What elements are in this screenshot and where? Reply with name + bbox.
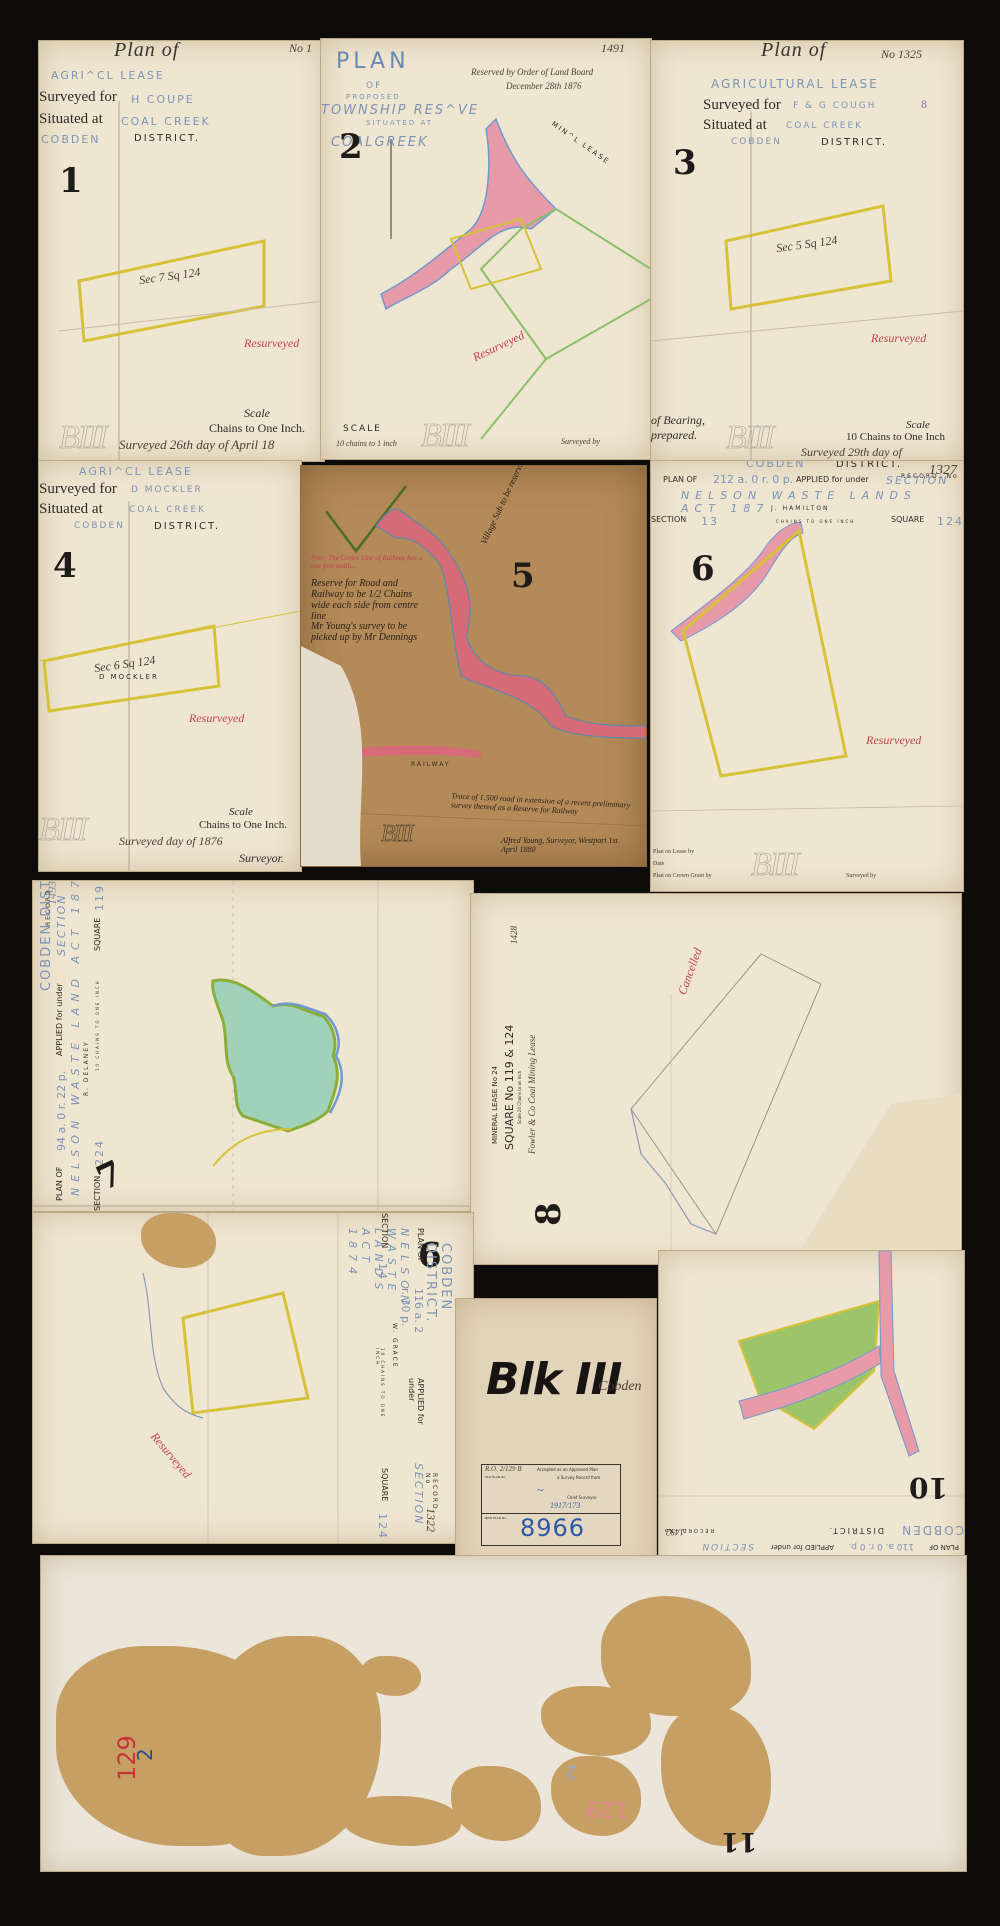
- monogram: BIII: [726, 419, 773, 457]
- square-number: 119: [93, 884, 106, 911]
- plan-heading: Plan of: [761, 40, 826, 62]
- surveyed-for-label: Surveyed for: [39, 89, 117, 106]
- situated-value: COAL CREEK: [786, 121, 863, 131]
- scale-text: 10 chains to 1 inch: [336, 439, 397, 448]
- lease-title: MINERAL LEASE No 24: [491, 1066, 499, 1144]
- plan-sheet-4: AGRI^CL LEASE Surveyed for D MOCKLER Sit…: [38, 460, 302, 872]
- plan-number: 3: [673, 143, 697, 183]
- resurveyed-note: Resurveyed: [866, 733, 921, 748]
- surveyed-for-label: Surveyed for: [39, 481, 117, 498]
- date-label: Date: [653, 861, 664, 867]
- record-number: No 1: [289, 41, 312, 56]
- plan-sheet-9: Resurveyed 9 COBDEN DISTRICT. PLAN OF 11…: [32, 1212, 474, 1544]
- surveyed-for-value: D MOCKLER: [131, 485, 203, 495]
- worn-patch: [661, 1706, 771, 1846]
- monogram: BIII: [421, 417, 468, 455]
- plan-sheet-10: 10 COBDEN DISTRICT. RECORD, No 1492 PLAN…: [658, 1250, 965, 1582]
- district-name: COBDEN: [746, 460, 806, 470]
- section-label: SECTION: [380, 1213, 389, 1248]
- square-number: 124: [937, 515, 964, 528]
- applied-label: APPLIED for under: [407, 1378, 425, 1426]
- plan-title: TOWNSHIP RES^VE: [321, 103, 479, 118]
- by-name: W. GRACE: [391, 1323, 398, 1369]
- by-label: J. HAMILTON: [771, 505, 830, 512]
- surveyed-by: Surveyed by: [846, 873, 876, 879]
- plan-heading: Plan of: [114, 40, 179, 62]
- record-number: No 1325: [881, 47, 922, 62]
- square-label: SQUARE: [891, 515, 924, 524]
- plan-number: 10: [909, 1471, 948, 1504]
- district-name: COBDEN DISTRICT.: [423, 1243, 453, 1324]
- plan-number: 2: [339, 127, 363, 167]
- situated-label: Situated at: [39, 111, 103, 128]
- plan-sheet-2: PLAN OF PROPOSED TOWNSHIP RES^VE SITUATE…: [320, 38, 652, 460]
- plan-sheet-5: 5 Note: The Centre Line of Railway has a…: [300, 465, 647, 867]
- situated-value: COAL CREEK: [121, 115, 211, 128]
- plan-number: 5: [511, 556, 535, 596]
- situated-value: COAL CREEK: [129, 505, 206, 515]
- section-number: 13: [701, 515, 719, 528]
- surveyed-date: Surveyed 26th day of April 18: [119, 437, 274, 453]
- accepted-text: Accepted as an Approved Plan: [537, 1467, 598, 1472]
- record-number: 1493: [45, 881, 60, 905]
- scale-text: 10 Chains to One Inch: [846, 431, 945, 443]
- applied-label: APPLIED for under: [796, 475, 869, 484]
- record-text: a Survey Record from: [557, 1475, 600, 1480]
- square-text: SQUARE No 119 & 124: [503, 1025, 516, 1150]
- situated-label: Situated at: [39, 501, 103, 518]
- old-plan-label: OLD PLAN No.: [485, 1475, 506, 1479]
- monogram: BIII: [381, 821, 412, 848]
- railway-label: RAILWAY: [411, 761, 451, 768]
- record-number: 1492: [666, 1527, 684, 1537]
- plan-of-label: PLAN OF: [416, 1228, 425, 1262]
- plan-sheet-3: Plan of No 1325 AGRICULTURAL LEASE Surve…: [650, 40, 964, 462]
- new-plan-number: 8966: [520, 1514, 585, 1542]
- district-label: DISTRICT.: [836, 460, 902, 470]
- surveyor-label: Surveyor.: [239, 851, 284, 866]
- surveyed-date: Surveyed 29th day of: [801, 445, 902, 460]
- plan-sheet-7: COBDEN DISTRICT. PLAN OF 94 a. 0 r. 22 p…: [32, 880, 474, 1212]
- monogram: BIII: [59, 419, 106, 457]
- scale-text: Chains to One Inch.: [199, 819, 287, 831]
- surveyed-for-value: H COUPE: [131, 93, 195, 106]
- lease-type: AGRI^CL LEASE: [51, 69, 165, 82]
- blue-stamp-2: 2: [133, 1748, 157, 1761]
- resurveyed-note: Resurveyed: [189, 711, 244, 726]
- resurveyed-note: Resurveyed: [244, 336, 299, 351]
- plan-number: 4: [53, 546, 77, 586]
- district-name: COBDEN: [74, 521, 125, 531]
- district-name: COBDEN: [731, 137, 782, 147]
- record-number: 1428: [509, 926, 519, 944]
- square-label: SQUARE: [93, 918, 102, 951]
- plan-number: 6: [691, 549, 715, 589]
- reserved-note: Reserved by Order of Land Board: [471, 67, 593, 77]
- block-subtitle: Cobden: [598, 1379, 642, 1395]
- lease-type: AGRICULTURAL LEASE: [711, 77, 879, 91]
- plan-number: 8: [529, 1202, 569, 1226]
- applied-label: APPLIED for under: [770, 1543, 834, 1551]
- surveyed-for-label: Surveyed for: [703, 97, 781, 114]
- area: 94 a. 0 r. 22 p.: [55, 1071, 68, 1151]
- area: 110 a. 0 r. 0 p.: [848, 1541, 914, 1551]
- scale-title: Scale: [229, 806, 253, 818]
- section-word: SECTION: [886, 474, 948, 487]
- plan-sheet-8: 1428 MINERAL LEASE No 24 SQUARE No 119 &…: [470, 893, 962, 1265]
- act-label: NELSON WASTE LAND ACT 1874: [69, 880, 82, 1196]
- area: 212 a. 0 r. 0 p.: [713, 473, 793, 486]
- lease-type: AGRI^CL LEASE: [79, 465, 193, 478]
- scale-title: Scale: [906, 419, 930, 431]
- by-name: R. DELANEY: [83, 1040, 90, 1096]
- scale-title: SCALE: [343, 424, 382, 434]
- section-word: SECTION: [700, 1541, 754, 1551]
- accepted-date: 1917/173: [550, 1501, 580, 1510]
- worn-patch: [451, 1766, 541, 1841]
- scale-text: 10 CHAINS TO ONE INCH: [375, 1348, 385, 1436]
- reserved-date: December 28th 1876: [506, 81, 581, 91]
- bearing-note: of Bearing, prepared.: [651, 413, 721, 443]
- plan-sheet-11: 129 2 129 2 11: [40, 1555, 967, 1872]
- proposed-label: PROPOSED: [346, 93, 401, 101]
- plan-number: 11: [721, 1826, 757, 1856]
- monogram: BIII: [751, 846, 798, 884]
- survey-note: Mr Young's survey to be picked up by Mr …: [311, 621, 421, 643]
- signature: Alfred Young, Surveyor, Westport 1st Apr…: [501, 836, 631, 854]
- chief-label: Chief Surveyor.: [567, 1495, 598, 1500]
- surveyed-for-value: F & G COUGH: [793, 101, 876, 111]
- district-name: COBDEN: [41, 133, 101, 146]
- square-number: 124: [376, 1513, 389, 1540]
- record-number: 1322: [423, 1508, 438, 1532]
- resurveyed-note: Resurveyed: [871, 331, 926, 346]
- plan-sheet-6: COBDEN DISTRICT. RECORD, No 1327 PLAN OF…: [650, 460, 964, 892]
- side-mark: 8: [921, 97, 927, 112]
- record-stamp: R.O. 2/129 B OLD PLAN No. Accepted as an…: [481, 1464, 621, 1546]
- old-plan-number: R.O. 2/129 B: [485, 1465, 522, 1473]
- of-label: OF: [366, 81, 382, 91]
- scale-text: 10 CHAINS TO ONE INCH: [95, 979, 100, 1071]
- plan-of-label: PLAN OF: [929, 1543, 959, 1551]
- section-number: 14: [376, 1263, 389, 1281]
- surveyed-date: Surveyed day of 1876: [119, 834, 223, 849]
- district-label: DISTRICT.: [154, 521, 220, 532]
- plan-number: 1: [59, 161, 83, 201]
- owner-label: D MOCKLER: [99, 673, 159, 681]
- plan-of-label: PLAN OF: [55, 1167, 64, 1201]
- worn-patch: [341, 1796, 461, 1846]
- district-name: COBDEN: [900, 1523, 964, 1537]
- blue-stamp-2-faded: 2: [566, 1761, 577, 1782]
- red-note: Note: The Centre Line of Railway has a o…: [311, 554, 431, 570]
- red-stamp-129-faded: 129: [586, 1796, 628, 1821]
- scale-title: Scale: [244, 406, 270, 421]
- record-number: 1491: [601, 41, 625, 56]
- square-label: SQUARE: [380, 1468, 389, 1501]
- monogram: BIII: [39, 811, 86, 849]
- new-plan-label: NEW PLAN No.: [485, 1516, 507, 1520]
- plan-6-drawing: [651, 461, 963, 891]
- cover-card: Blk III Cobden R.O. 2/129 B OLD PLAN No.…: [455, 1298, 657, 1578]
- lessee: Fowler & Co Coal Mining Lease: [527, 1035, 537, 1154]
- district-label: DISTRICT.: [821, 137, 887, 148]
- situated-label: Situated at: [703, 117, 767, 134]
- road-reserve-note: Reserve for Road and Railway to be 1/2 C…: [311, 578, 431, 622]
- plan-of-label: PLAN OF: [663, 475, 697, 484]
- plan-heading: PLAN: [336, 49, 410, 74]
- applied-label: APPLIED for under: [55, 983, 64, 1056]
- plan-lease-by: Plan on Lease by: [653, 849, 694, 855]
- surveyed-by: Surveyed by: [561, 437, 600, 446]
- scale-text: Scale 20 Chains to an Inch: [517, 1071, 522, 1124]
- scale-text: Chains to One Inch.: [209, 421, 305, 436]
- crown-grant-label: Plan on Crown Grant by: [653, 873, 712, 879]
- section-label: SECTION: [651, 515, 686, 524]
- chief-signature: ~: [537, 1483, 544, 1498]
- district-label: DISTRICT.: [134, 133, 200, 144]
- plan-2-drawing: [321, 39, 651, 459]
- district-label: DISTRICT.: [828, 1526, 884, 1535]
- worn-patch: [601, 1596, 751, 1716]
- situated-label: SITUATED AT: [366, 119, 433, 127]
- plan-sheet-1: Plan of No 1 AGRI^CL LEASE Surveyed for …: [38, 40, 325, 462]
- scale-text: CHAINS TO ONE INCH: [776, 519, 855, 524]
